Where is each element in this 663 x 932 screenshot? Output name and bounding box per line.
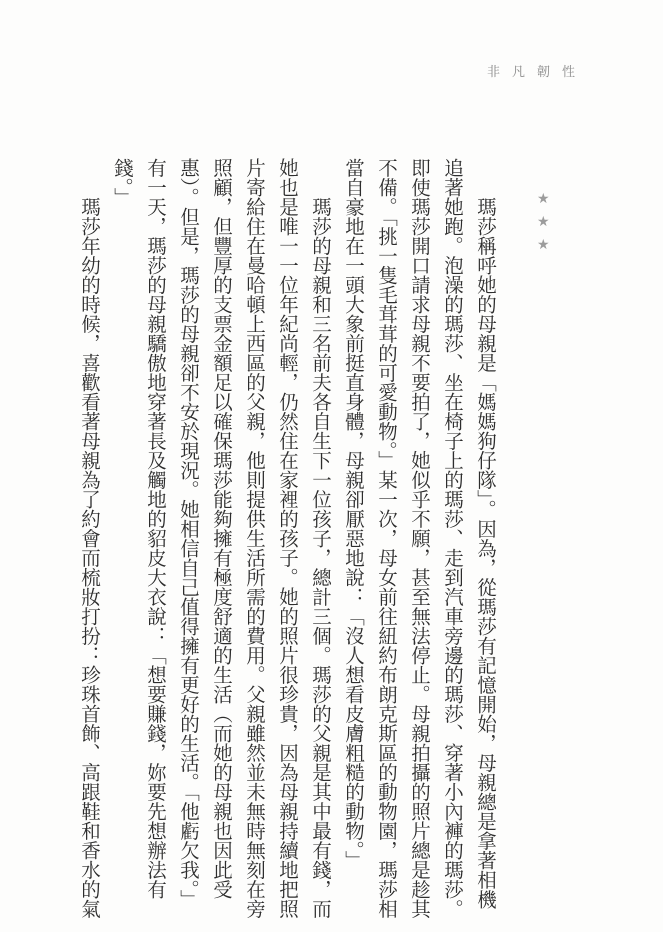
paragraph: 瑪莎稱呼她的母親是「媽媽狗仔隊」。因為，從瑪莎有記憶開始，母親總是拿著相機追著她… [336, 158, 501, 920]
section-divider: ★ ★ ★ [537, 193, 550, 253]
book-page: 非凡韌性 ★ ★ ★ 瑪莎稱呼她的母親是「媽媽狗仔隊」。因為，從瑪莎有記憶開始，… [0, 0, 663, 932]
running-head: 非凡韌性 [487, 61, 587, 80]
paragraph: 瑪莎年幼的時候，喜歡看著母親為了約會而梳妝打扮：珍珠首飾、高跟鞋和香水的氣 [72, 158, 105, 920]
star-icon: ★ [537, 216, 550, 230]
star-icon: ★ [537, 193, 550, 207]
body-text: 瑪莎稱呼她的母親是「媽媽狗仔隊」。因為，從瑪莎有記憶開始，母親總是拿著相機追著她… [72, 158, 501, 920]
paragraph: 瑪莎的母親和三名前夫各自生下一位孩子，總計三個。瑪莎的父親是其中最有錢，而她也是… [105, 158, 336, 920]
star-icon: ★ [537, 239, 550, 253]
